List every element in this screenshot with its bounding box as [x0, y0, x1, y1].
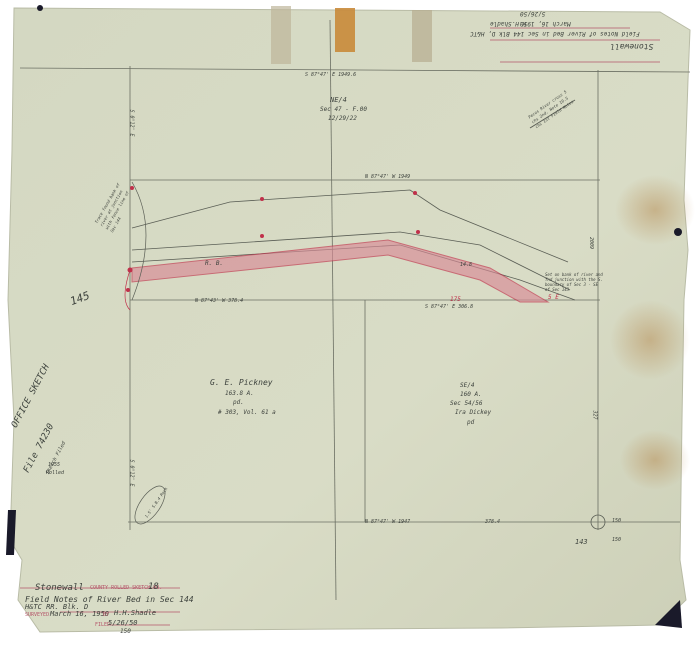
tract-ref: # 303, Vol. 61 a [218, 409, 276, 416]
title-sketch-no: 18 [148, 582, 159, 592]
boundary-call-top: S 87°47' E 1949.6 [305, 72, 356, 78]
survey-map-drawing [0, 0, 700, 647]
tract-acres: 160 A. [460, 391, 482, 398]
surveyed-label: SURVEYED [25, 612, 49, 618]
section-number-143: 143 [575, 538, 588, 546]
tract-name: NE/4 [330, 96, 347, 104]
title-extra: 150 [120, 628, 131, 635]
water-stain [620, 430, 690, 490]
inverted-filed: 5/26/50 [520, 10, 545, 17]
boundary-call-left-top: S 0°12' E [129, 109, 135, 136]
boundary-call-upper: N 87°47' W 1949 [365, 174, 410, 180]
tract-owner: Ira Dickey [455, 409, 491, 416]
title-county: Stonewall [35, 583, 84, 593]
office-line4: 1955 [48, 462, 60, 468]
river-center-label: 14.8 [460, 262, 472, 268]
surveyed-date: March 16, 1950 [50, 610, 109, 618]
tract-name: G. E. Pickney [210, 378, 273, 387]
inverted-surveyor: H.H.Shadle [490, 20, 526, 27]
survey-map-sheet [0, 0, 700, 647]
inverted-date: March 16, 1950 [520, 20, 571, 27]
surveyor: H.H.Shadle [114, 609, 156, 617]
tape-piece [271, 6, 291, 64]
boundary-call-bottom: N 87°47' W 1947 [365, 519, 410, 525]
tract-status: pd [467, 419, 474, 426]
inverted-title: Field Notes of River Bed in Sec 144 Blk … [470, 30, 640, 37]
tract-name: SE/4 [460, 382, 474, 389]
boundary-call-bottom-dist: 378.4 [485, 519, 500, 525]
tract-ref: Sec 54/56 [450, 400, 483, 407]
red-mark: 5 E [548, 294, 559, 301]
tract-ref: Sec 47 - F.00 [320, 106, 367, 113]
filed-date: 5/26/50 [108, 619, 138, 627]
boundary-call-left-bottom: S 0°12' E [129, 459, 135, 486]
red-mark: 175 [450, 296, 461, 303]
water-stain [615, 175, 695, 245]
boundary-call-right-lower: 327 [592, 410, 598, 419]
boundary-call-mid: N 87°43' W 378.4 [195, 298, 243, 304]
paper-sheet [8, 8, 690, 632]
boundary-call-right-mid: S 87°47' E 306.8 [425, 304, 473, 310]
corner-small-label: 150 [612, 537, 621, 543]
tract-acres: 163.8 A. [225, 390, 254, 397]
tract-status: pd. [233, 399, 244, 406]
river-bed-label: R. B. [205, 260, 223, 267]
inverted-county: Stonewall [610, 42, 653, 51]
tract-date: 12/29/22 [328, 115, 357, 122]
river-right-note: Set on bank of river and fnd junction wi… [545, 272, 605, 292]
tape-piece [335, 8, 355, 52]
office-line5: Rolled [46, 470, 64, 476]
corner-small-label: 150 [612, 518, 621, 524]
boundary-call-right: 2009 [588, 237, 594, 249]
by-label: BY [103, 612, 109, 618]
tape-piece [412, 10, 432, 62]
water-stain [610, 300, 690, 380]
